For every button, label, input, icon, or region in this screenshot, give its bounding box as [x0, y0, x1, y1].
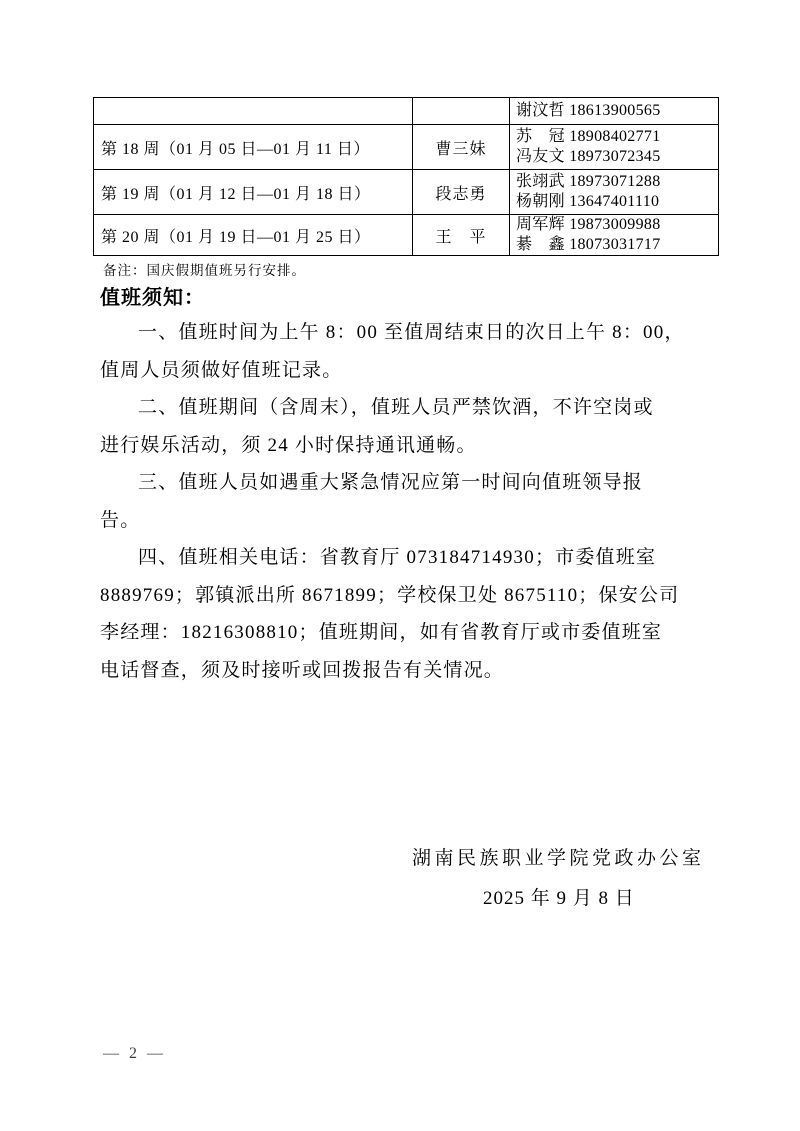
leader-cell: 王 平: [413, 215, 510, 256]
leader-cell: 曹三妹: [413, 125, 510, 170]
week-cell: [94, 98, 413, 125]
contacts-cell: 张翊武 18973071288 杨朝刚 13647401110: [510, 170, 719, 215]
notice-item-4: 四、值班相关电话：省教育厅 073184714930；市委值班室 8889769…: [100, 539, 745, 689]
document-page: 谢汶哲 18613900565 第 18 周（01 月 05 日—01 月 11…: [0, 0, 800, 1131]
duty-roster-table: 谢汶哲 18613900565 第 18 周（01 月 05 日—01 月 11…: [93, 97, 719, 256]
leader-cell: [413, 98, 510, 125]
table-footnote: 备注：国庆假期值班另行安排。: [103, 259, 306, 279]
week-cell: 第 18 周（01 月 05 日—01 月 11 日）: [94, 125, 413, 170]
contacts-cell: 谢汶哲 18613900565: [510, 98, 719, 125]
notice-item-1: 一、值班时间为上午 8：00 至值周结束日的次日上午 8：00， 值周人员须做好…: [100, 314, 745, 389]
week-cell: 第 19 周（01 月 12 日—01 月 18 日）: [94, 170, 413, 215]
table-row: 第 19 周（01 月 12 日—01 月 18 日） 段志勇 张翊武 1897…: [94, 170, 719, 215]
signature-date: 2025 年 9 月 8 日: [483, 883, 635, 910]
leader-cell: 段志勇: [413, 170, 510, 215]
page-number: — 2 —: [103, 1045, 166, 1063]
notice-heading: 值班须知：: [100, 281, 205, 310]
notice-body: 一、值班时间为上午 8：00 至值周结束日的次日上午 8：00， 值周人员须做好…: [100, 314, 745, 689]
contacts-cell: 周军辉 19873009988 綦 鑫 18073031717: [510, 215, 719, 256]
week-cell: 第 20 周（01 月 19 日—01 月 25 日）: [94, 215, 413, 256]
table-row: 谢汶哲 18613900565: [94, 98, 719, 125]
notice-item-3: 三、值班人员如遇重大紧急情况应第一时间向值班领导报 告。: [100, 464, 745, 539]
signature-org: 湖南民族职业学院党政办公室: [412, 843, 705, 870]
table-row: 第 18 周（01 月 05 日—01 月 11 日） 曹三妹 苏 冠 1890…: [94, 125, 719, 170]
contacts-cell: 苏 冠 18908402771 冯友文 18973072345: [510, 125, 719, 170]
table-row: 第 20 周（01 月 19 日—01 月 25 日） 王 平 周军辉 1987…: [94, 215, 719, 256]
notice-item-2: 二、值班期间（含周末），值班人员严禁饮酒，不许空岗或 进行娱乐活动，须 24 小…: [100, 389, 745, 464]
